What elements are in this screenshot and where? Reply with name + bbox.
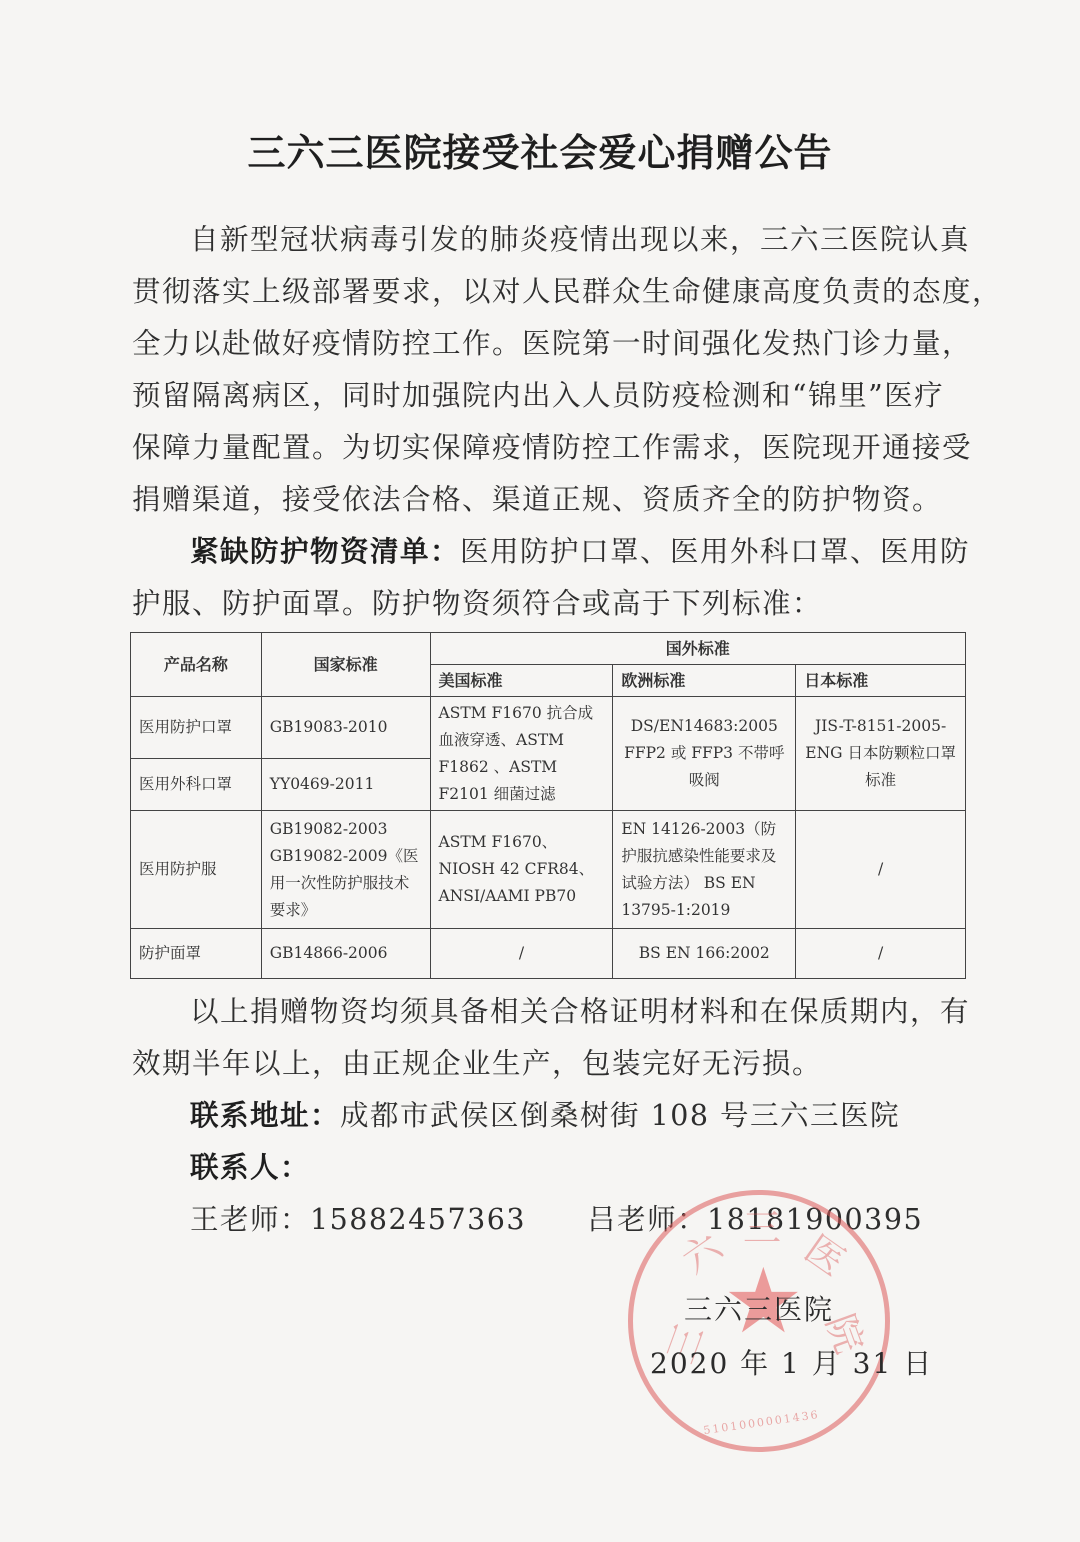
intro-line: 自新型冠状病毒引发的肺炎疫情出现以来，三六三医院认真 <box>132 214 972 266</box>
header-jp: 日本标准 <box>796 665 966 697</box>
closing-paragraph: 以上捐赠物资均须具备相关合格证明材料和在保质期内，有 效期半年以上，由正规企业生… <box>132 986 972 1246</box>
shortage-items: 医用防护口罩、医用外科口罩、医用防 <box>460 535 970 568</box>
cell-us: / <box>430 929 613 979</box>
cell-national: GB19082-2003 GB19082-2009《医用一次性防护服技术要求》 <box>261 811 430 929</box>
header-national: 国家标准 <box>261 633 430 697</box>
intro-paragraph: 自新型冠状病毒引发的肺炎疫情出现以来，三六三医院认真 贯彻落实上级部署要求，以对… <box>132 214 972 630</box>
intro-line: 全力以赴做好疫情防控工作。医院第一时间强化发热门诊力量， <box>132 318 972 370</box>
cell-us: ASTM F1670、NIOSH 42 CFR84、ANSI/AAMI PB70 <box>430 811 613 929</box>
header-foreign: 国外标准 <box>430 633 965 665</box>
cell-jp: / <box>796 811 966 929</box>
table-row: 医用防护服 GB19082-2003 GB19082-2009《医用一次性防护服… <box>131 811 966 929</box>
seal-char: 六 <box>669 1217 732 1284</box>
signature-org: 三六三医院 <box>684 1288 834 1328</box>
cell-product: 医用外科口罩 <box>131 759 262 811</box>
closing-line: 效期半年以上，由正规企业生产，包装完好无污损。 <box>132 1038 972 1090</box>
shortage-label: 紧缺防护物资清单： <box>190 535 460 568</box>
address-label: 联系地址： <box>190 1099 340 1132</box>
shortage-line-2: 护服、防护面罩。防护物资须符合或高于下列标准： <box>132 578 972 630</box>
standards-table: 产品名称 国家标准 国外标准 美国标准 欧洲标准 日本标准 医用防护口罩 GB1… <box>130 632 966 979</box>
contacts-label: 联系人： <box>190 1151 310 1184</box>
intro-line: 贯彻落实上级部署要求，以对人民群众生命健康高度负责的态度， <box>132 266 972 318</box>
cell-national: YY0469-2011 <box>261 759 430 811</box>
cell-national: GB19083-2010 <box>261 697 430 759</box>
cell-eu: EN 14126-2003（防护服抗感染性能要求及试验方法） BS EN 137… <box>613 811 796 929</box>
announcement-page: 三六三医院接受社会爱心捐赠公告 自新型冠状病毒引发的肺炎疫情出现以来，三六三医院… <box>0 0 1080 1542</box>
cell-product: 医用防护口罩 <box>131 697 262 759</box>
header-us: 美国标准 <box>430 665 613 697</box>
seal-code: 5101000001436 <box>703 1408 821 1437</box>
document-title: 三六三医院接受社会爱心捐赠公告 <box>0 122 1080 177</box>
table-row: 防护面罩 GB14866-2006 / BS EN 166:2002 / <box>131 929 966 979</box>
cell-us: ASTM F1670 抗合成血液穿透、ASTM F1862 、ASTM F210… <box>430 697 613 811</box>
address-line: 联系地址：成都市武侯区倒桑树街 108 号三六三医院 <box>132 1090 972 1142</box>
intro-line: 保障力量配置。为切实保障疫情防控工作需求，医院现开通接受 <box>132 422 972 474</box>
closing-line: 以上捐赠物资均须具备相关合格证明材料和在保质期内，有 <box>132 986 972 1038</box>
intro-line: 捐赠渠道，接受依法合格、渠道正规、资质齐全的防护物资。 <box>132 474 972 526</box>
seal-char: 三 <box>743 1197 781 1252</box>
seal-char: 医 <box>796 1219 859 1286</box>
cell-eu: DS/EN14683:2005 FFP2 或 FFP3 不带呼吸阀 <box>613 697 796 811</box>
header-product: 产品名称 <box>131 633 262 697</box>
address-value: 成都市武侯区倒桑树街 108 号三六三医院 <box>340 1099 900 1132</box>
contact-phone: 15882457363 <box>310 1203 526 1236</box>
cell-product: 防护面罩 <box>131 929 262 979</box>
header-eu: 欧洲标准 <box>613 665 796 697</box>
signature-date: 2020 年 1 月 31 日 <box>650 1342 933 1382</box>
contacts-label-line: 联系人： <box>132 1142 972 1194</box>
table-row: 医用防护口罩 GB19083-2010 ASTM F1670 抗合成血液穿透、A… <box>131 697 966 759</box>
shortage-line: 紧缺防护物资清单：医用防护口罩、医用外科口罩、医用防 <box>132 526 972 578</box>
contact-name: 王老师： <box>190 1203 310 1236</box>
intro-line: 预留隔离病区，同时加强院内出入人员防疫检测和“锦里”医疗 <box>132 370 972 422</box>
cell-jp: / <box>796 929 966 979</box>
cell-national: GB14866-2006 <box>261 929 430 979</box>
cell-product: 医用防护服 <box>131 811 262 929</box>
cell-jp: JIS-T-8151-2005-ENG 日本防颗粒口罩标准 <box>796 697 966 811</box>
cell-eu: BS EN 166:2002 <box>613 929 796 979</box>
